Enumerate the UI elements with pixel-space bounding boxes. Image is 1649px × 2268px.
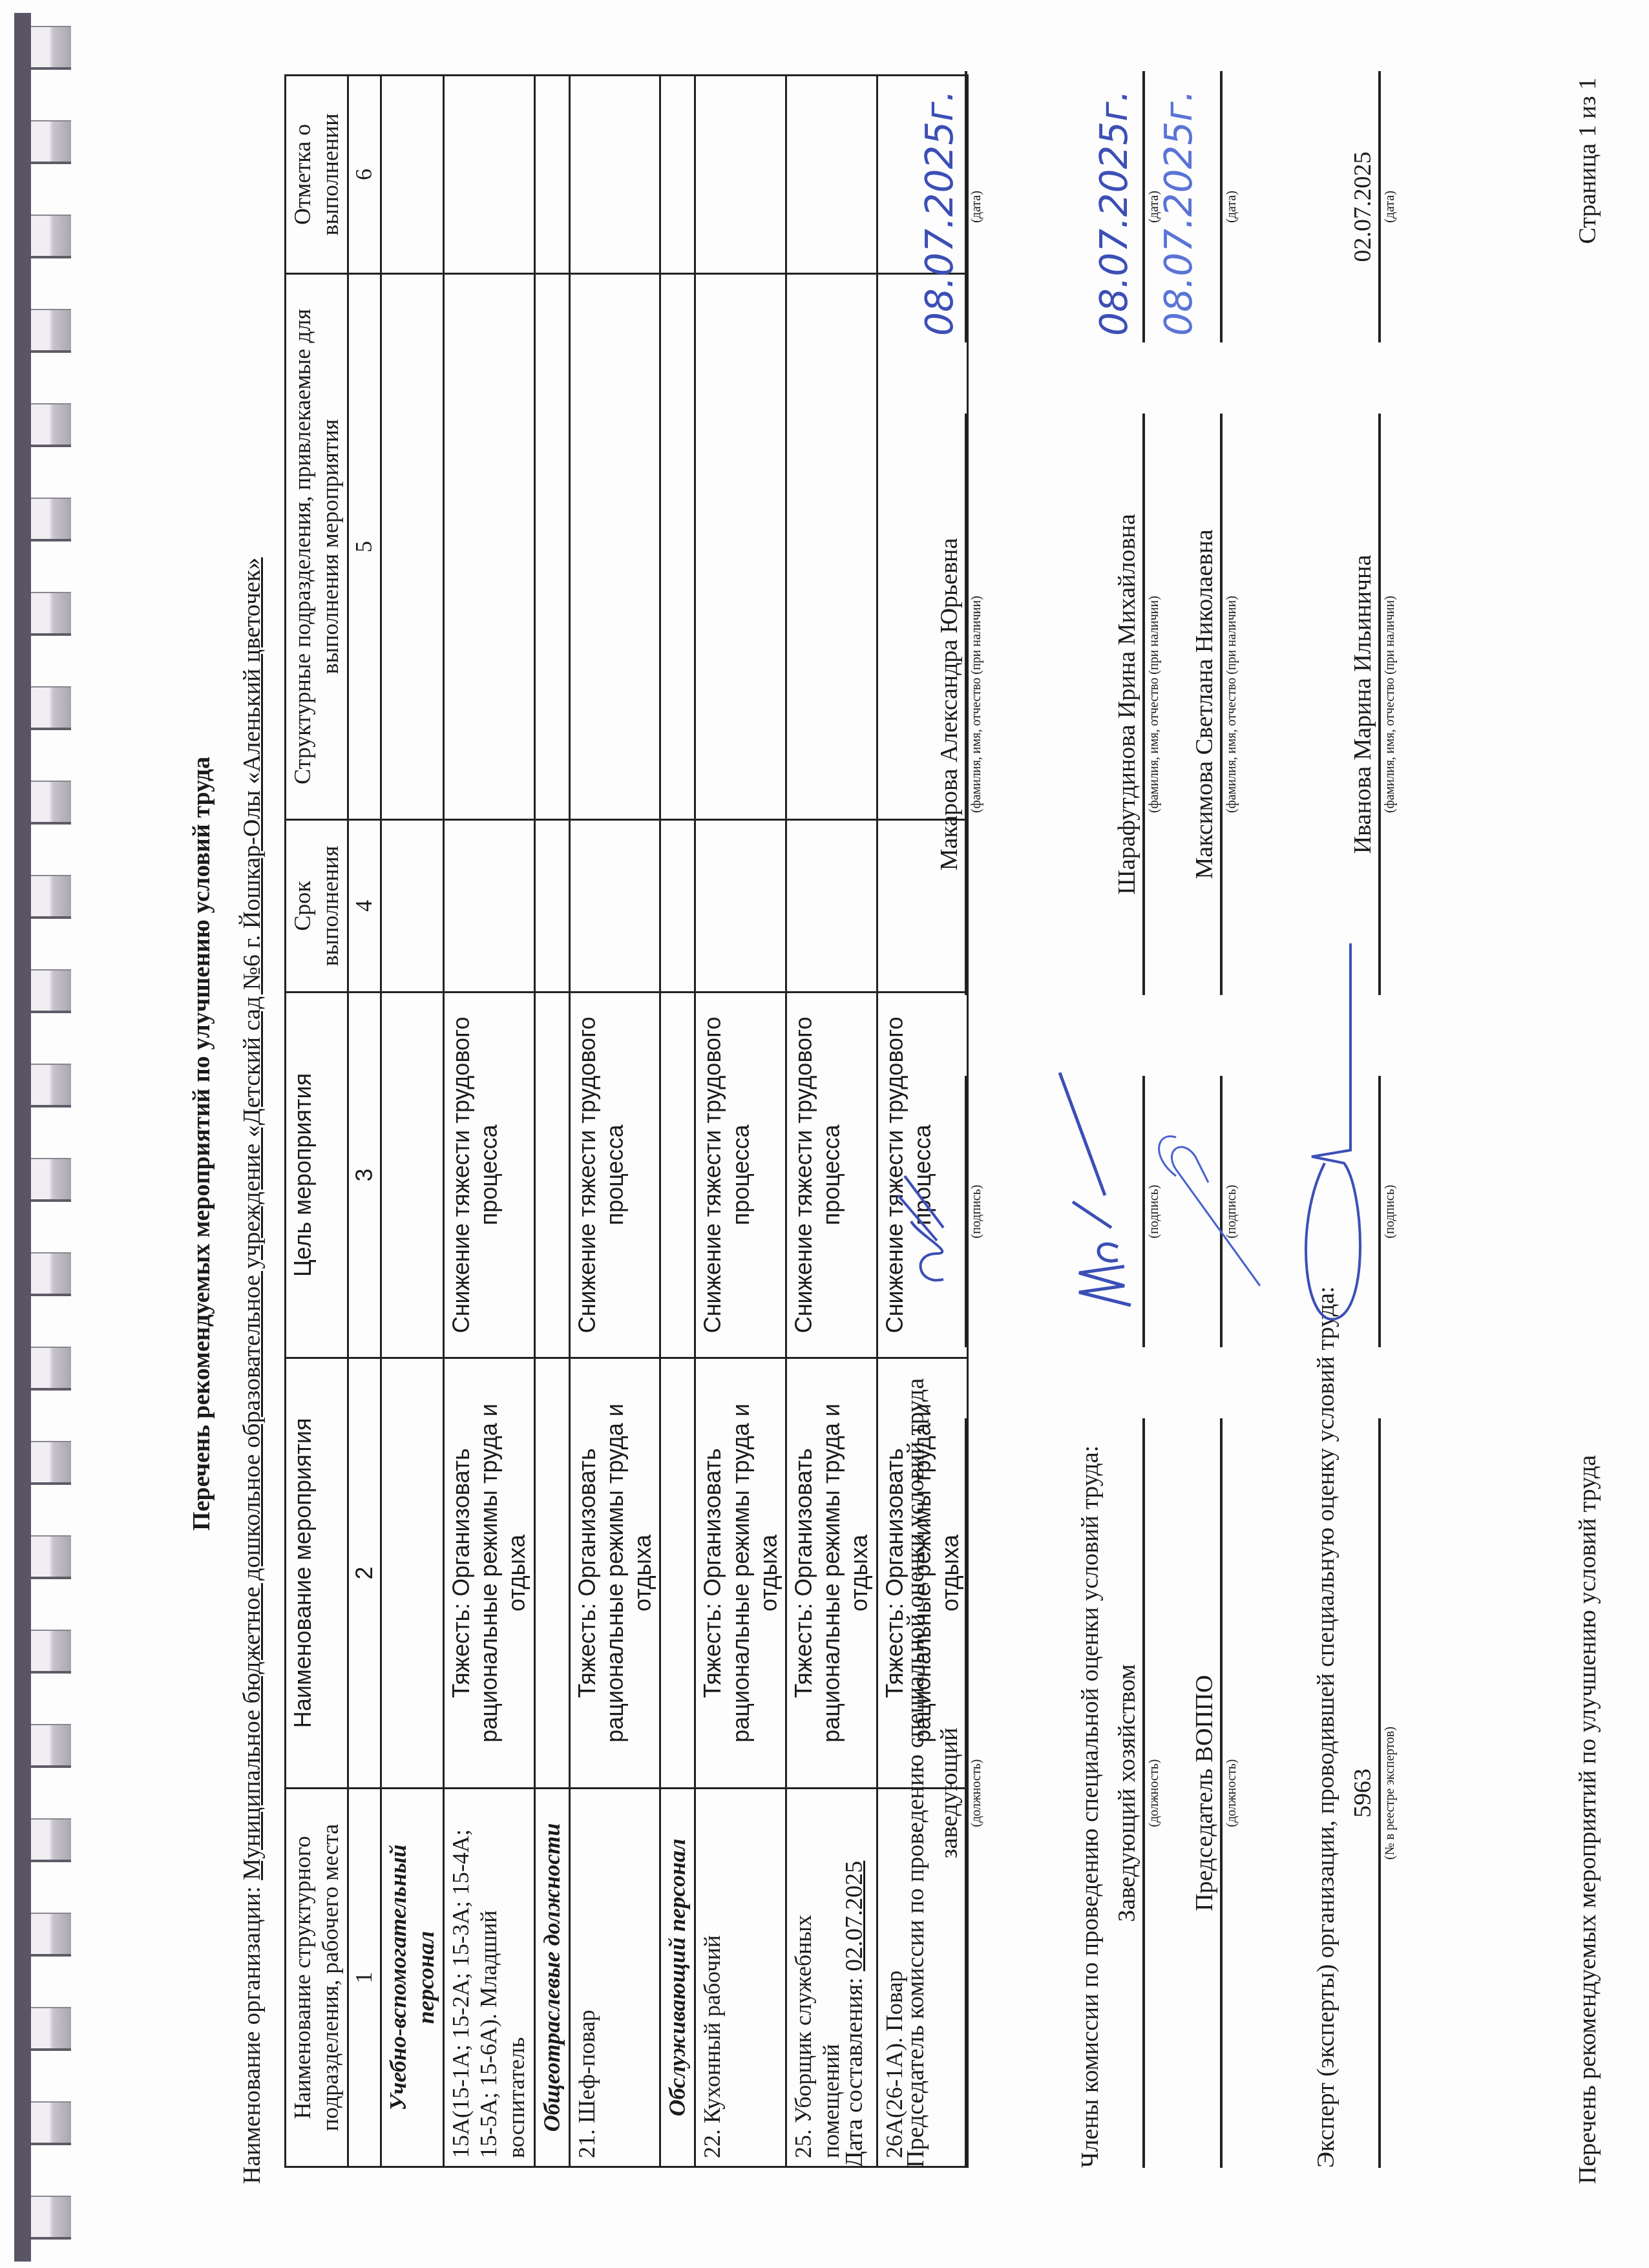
compiled-date-line: Дата составления: 02.07.2025 — [840, 1861, 868, 2168]
column-number-row: 1 2 3 4 5 6 — [348, 76, 381, 2167]
binding-ring — [31, 309, 71, 353]
measure-cell: Тяжесть: Организовать рациональные режим… — [443, 1358, 534, 1788]
chairman-heading: Председатель комиссии по проведению спец… — [901, 1378, 930, 2168]
units-cell — [786, 273, 877, 819]
empty-cell — [381, 992, 443, 1358]
binding-ring — [31, 592, 71, 636]
organization-line: Наименование организации: Муниципальное … — [238, 558, 266, 2184]
mark-cell — [695, 76, 786, 274]
binding-ring — [31, 2196, 71, 2240]
measures-table: Наименование структурного подразделения,… — [284, 74, 969, 2168]
mark-cell — [443, 76, 534, 274]
workplace-cell: 15А(15-1А; 15-2А; 15-3А; 15-4А; 15-5А; 1… — [443, 1788, 534, 2167]
binding-strip — [14, 13, 31, 2262]
binding-ring — [31, 1724, 71, 1768]
caption-position: (должность) — [1224, 1418, 1239, 2168]
goal-cell: Снижение тяжести трудового процесса — [786, 992, 877, 1358]
term-cell — [695, 820, 786, 992]
table-row: 25. Уборщик служебных помещенийТяжесть: … — [786, 76, 877, 2167]
caption-position: (должность) — [969, 1418, 984, 2168]
chairman-handwritten-date: 08.07.2025г. — [918, 90, 961, 336]
goal-cell: Снижение тяжести трудового процесса — [569, 992, 660, 1358]
caption-fio: (фамилия, имя, отчество (при наличии) — [969, 414, 984, 995]
term-cell — [569, 820, 660, 992]
expert-heading: Эксперт (эксперты) организации, проводив… — [1312, 1286, 1340, 2168]
empty-cell — [534, 76, 569, 274]
units-cell — [695, 273, 786, 819]
binding-ring — [31, 1630, 71, 1674]
binding-ring — [31, 1347, 71, 1391]
binding-ring — [31, 781, 71, 824]
empty-cell — [381, 76, 443, 274]
caption-signature: (подпись) — [969, 1076, 984, 1347]
binding-ring — [31, 498, 71, 541]
org-name: Муниципальное бюджетное дошкольное образ… — [238, 558, 266, 1880]
col-header-workplace: Наименование структурного подразделения,… — [286, 1788, 348, 2167]
term-cell — [786, 820, 877, 992]
table-header-row: Наименование структурного подразделения,… — [286, 76, 348, 2167]
col-num: 6 — [348, 76, 381, 274]
col-num: 5 — [348, 273, 381, 819]
binding-ring — [31, 969, 71, 1013]
caption-registry: (№ в реестре экспертов) — [1383, 1418, 1398, 2168]
caption-fio: (фамилия, имя, отчество (при наличии) — [1383, 414, 1398, 995]
member-2-position: Председатель ВОППО — [1189, 1418, 1223, 2168]
col-header-units: Структурные подразделения, привлекаемые … — [286, 273, 348, 819]
empty-cell — [660, 1358, 695, 1788]
group-label: Учебно-вспомогательный персонал — [381, 1788, 443, 2167]
empty-cell — [381, 273, 443, 819]
binding-ring — [31, 686, 71, 730]
empty-cell — [660, 76, 695, 274]
measure-cell: Тяжесть: Организовать рациональные режим… — [695, 1358, 786, 1788]
goal-cell: Снижение тяжести трудового процесса — [695, 992, 786, 1358]
members-heading: Члены комиссии по проведению специальной… — [1076, 1445, 1104, 2168]
goal-cell: Снижение тяжести трудового процесса — [443, 992, 534, 1358]
empty-cell — [381, 1358, 443, 1788]
table-group-row: Общеотраслевые должности — [534, 76, 569, 2167]
workplace-cell: 21. Шеф-повар — [569, 1788, 660, 2167]
chairman-position: заведующий — [934, 1418, 967, 2168]
units-cell — [569, 273, 660, 819]
caption-date: (дата) — [969, 71, 984, 342]
empty-cell — [381, 820, 443, 992]
col-header-term: Срок выполнения — [286, 820, 348, 992]
binding-ring — [31, 875, 71, 919]
binding-ring — [31, 26, 71, 70]
expert-signature — [1299, 943, 1389, 1357]
member-2-handwritten-date: 08.07.2025г. — [1157, 90, 1201, 336]
caption-signature: (подпись) — [1383, 1076, 1398, 1347]
binding-ring — [31, 1535, 71, 1579]
member-1-handwritten-date: 08.07.2025г. — [1092, 90, 1136, 336]
binding-ring — [31, 120, 71, 164]
group-label: Общеотраслевые должности — [534, 1788, 569, 2167]
member-1-position: Заведующий хозяйством — [1111, 1418, 1145, 2168]
chairman-name: Макарова Александра Юрьевна — [934, 414, 967, 995]
table-row: 22. Кухонный рабочийТяжесть: Организоват… — [695, 76, 786, 2167]
measure-cell: Тяжесть: Организовать рациональные режим… — [569, 1358, 660, 1788]
empty-cell — [660, 992, 695, 1358]
expert-name: Иванова Марина Ильинична — [1347, 414, 1381, 995]
empty-cell — [534, 820, 569, 992]
empty-cell — [534, 992, 569, 1358]
member-1-name: Шарафутдинова Ирина Михайловна — [1111, 414, 1145, 995]
footer-document-name: Перечень рекомендуемых мероприятий по ул… — [1573, 1455, 1602, 2184]
mark-cell — [569, 76, 660, 274]
member-2-name: Максимова Светлана Николаевна — [1189, 414, 1223, 995]
binding-ring — [31, 1252, 71, 1296]
term-cell — [443, 820, 534, 992]
binding-ring — [31, 1913, 71, 1957]
workplace-cell: 22. Кухонный рабочий — [695, 1788, 786, 2167]
binding-ring — [31, 403, 71, 447]
units-cell — [443, 273, 534, 819]
chairman-signature — [892, 1163, 963, 1292]
col-num: 3 — [348, 992, 381, 1358]
binding-ring — [31, 215, 71, 258]
member-2-signature — [1137, 1105, 1266, 1299]
binding-ring — [31, 1064, 71, 1108]
binding-ring — [31, 1818, 71, 1862]
expert-registry-number: 5963 — [1347, 1418, 1381, 2168]
empty-cell — [660, 273, 695, 819]
binding-ring — [31, 2101, 71, 2145]
binding-ring — [31, 1158, 71, 1202]
empty-cell — [534, 273, 569, 819]
empty-cell — [534, 1358, 569, 1788]
table-group-row: Обслуживающий персонал — [660, 76, 695, 2167]
compiled-label: Дата составления: — [841, 1977, 868, 2168]
table-row: 15А(15-1А; 15-2А; 15-3А; 15-4А; 15-5А; 1… — [443, 76, 534, 2167]
col-num: 1 — [348, 1788, 381, 2167]
footer-page-number: Страница 1 из 1 — [1573, 78, 1602, 244]
caption-fio: (фамилия, имя, отчество (при наличии) — [1147, 414, 1162, 995]
empty-cell — [660, 820, 695, 992]
document-page: Перечень рекомендуемых мероприятий по ул… — [97, 39, 1635, 2249]
table-row: 21. Шеф-поварТяжесть: Организовать рацио… — [569, 76, 660, 2167]
measure-cell: Тяжесть: Организовать рациональные режим… — [786, 1358, 877, 1788]
binding-ring — [31, 2007, 71, 2051]
group-label: Обслуживающий персонал — [660, 1788, 695, 2167]
caption-date: (дата) — [1224, 71, 1239, 342]
org-label: Наименование организации: — [238, 1886, 266, 2184]
caption-fio: (фамилия, имя, отчество (при наличии) — [1224, 414, 1239, 995]
col-num: 4 — [348, 820, 381, 992]
compiled-date: 02.07.2025 — [841, 1861, 868, 1971]
member-1-signature — [1053, 1060, 1144, 1331]
table-group-row: Учебно-вспомогательный персонал — [381, 76, 443, 2167]
col-header-measure: Наименование мероприятия — [286, 1358, 348, 1788]
mark-cell — [786, 76, 877, 274]
caption-position: (должность) — [1147, 1418, 1162, 2168]
caption-date: (дата) — [1383, 71, 1398, 342]
col-header-goal: Цель мероприятия — [286, 992, 348, 1358]
table-body: Учебно-вспомогательный персонал15А(15-1А… — [381, 76, 968, 2167]
document-title: Перечень рекомендуемых мероприятий по ул… — [187, 39, 216, 2249]
expert-date: 02.07.2025 — [1347, 71, 1381, 342]
caption-signature: (подпись) — [1224, 1076, 1239, 1347]
col-num: 2 — [348, 1358, 381, 1788]
col-header-mark: Отметка о выполнении — [286, 76, 348, 274]
binding-ring — [31, 1441, 71, 1485]
